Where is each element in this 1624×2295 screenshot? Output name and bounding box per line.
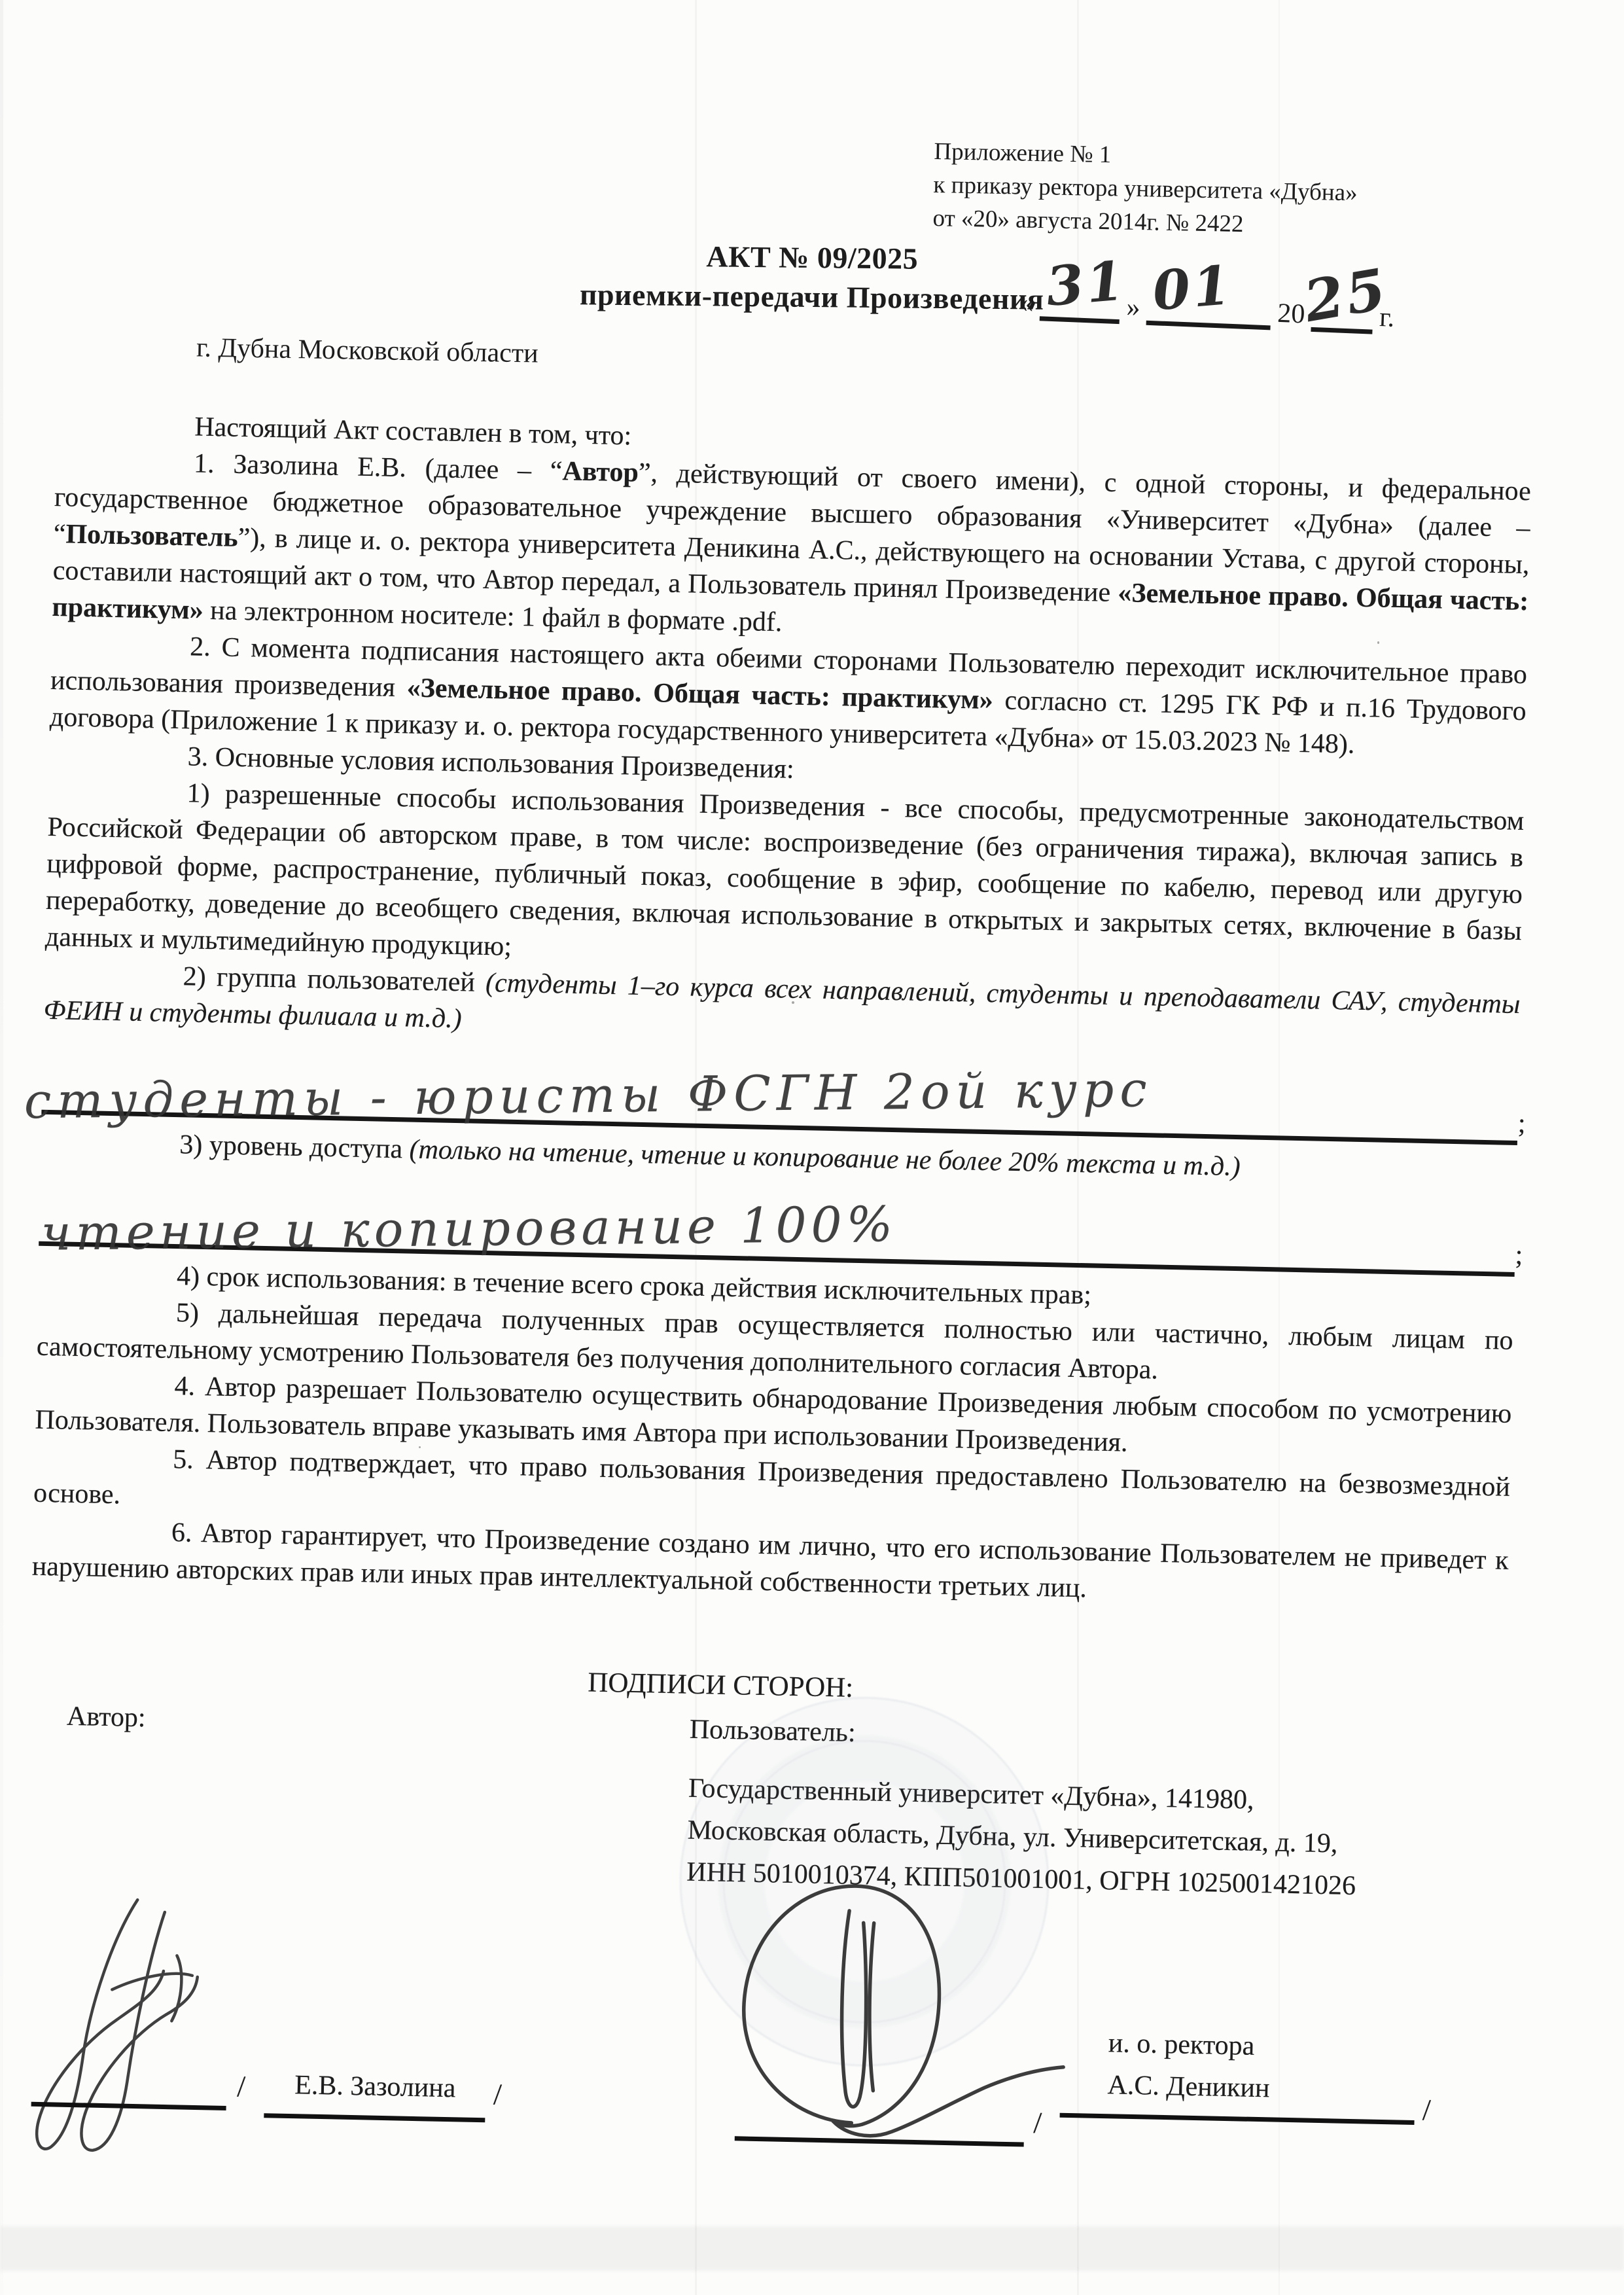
author-signature-line bbox=[31, 2102, 226, 2110]
paragraph-3-1: 1) разрешенные способы использования Про… bbox=[44, 772, 1524, 986]
slash: / bbox=[237, 2068, 246, 2105]
year-prefix: 20 bbox=[1277, 298, 1305, 332]
handwritten-user-group: студенты - юристы ФСГН 2ой курс bbox=[24, 1071, 1153, 1120]
appendix-reference: Приложение № 1 к приказу ректора универс… bbox=[932, 135, 1358, 243]
handwritten-year: 25 bbox=[1299, 256, 1393, 335]
rector-title: и. о. ректора bbox=[1108, 2025, 1418, 2068]
text-segment: (только на чтение, чтение и копирование … bbox=[409, 1135, 1241, 1183]
text-segment: Пользователь bbox=[65, 519, 238, 553]
slash: / bbox=[493, 2076, 503, 2113]
place-of-signing: г. Дубна Московской области bbox=[196, 332, 538, 369]
line-end-semicolon: ; bbox=[1515, 1237, 1523, 1273]
author-label: Автор: bbox=[63, 1698, 690, 1893]
author-signature bbox=[4, 1889, 297, 2157]
handwritten-access-level: чтение и копирование 100% bbox=[41, 1206, 897, 1252]
slash: / bbox=[1033, 2105, 1042, 2141]
handwritten-month: 01 bbox=[1150, 254, 1235, 323]
scan-edge bbox=[0, 0, 3, 2295]
scan-shadow-band bbox=[0, 2226, 1624, 2271]
line-end-semicolon: ; bbox=[1517, 1105, 1526, 1142]
text-segment: Настоящий Акт составлен в том, что: bbox=[194, 412, 632, 451]
text-segment: 3) уровень доступа bbox=[179, 1130, 410, 1164]
rector-name: А.С. Деникин bbox=[1060, 2066, 1416, 2125]
document-body: Настоящий Акт составлен в том, что: 1. З… bbox=[20, 406, 1532, 2198]
date-fill-in: « 31 » 01 20 25 г. bbox=[1019, 283, 1396, 335]
slash: / bbox=[1422, 2091, 1431, 2128]
month-blank: 01 bbox=[1146, 288, 1272, 330]
text-segment: Автор bbox=[562, 456, 639, 488]
text-segment: 1. Зазолина Е.В. (далее – “ bbox=[194, 448, 563, 486]
quote-open: « bbox=[1019, 287, 1034, 321]
day-blank: 31 bbox=[1040, 283, 1121, 324]
paragraph-1: 1. Зазолина Е.В. (далее – “Автор”, дейст… bbox=[52, 442, 1531, 656]
signature-area: / Е.В. Зазолина / / и. о. ректора А.С. Д… bbox=[20, 1905, 1501, 2197]
handwritten-day: 31 bbox=[1044, 249, 1129, 319]
scanned-act-document: Приложение № 1 к приказу ректора универс… bbox=[0, 0, 1624, 2295]
rector-block: и. о. ректора А.С. Деникин bbox=[1060, 2024, 1419, 2125]
text-segment: 1) разрешенные способы использования Про… bbox=[45, 778, 1525, 961]
text-segment: 2) группа пользователей bbox=[183, 961, 485, 998]
year-blank: 25 bbox=[1311, 294, 1373, 334]
rector-signature-line bbox=[735, 2136, 1024, 2146]
text-segment: «Земельное право. Общая часть: практикум… bbox=[406, 673, 993, 715]
author-name: Е.В. Зазолина bbox=[264, 2066, 486, 2122]
